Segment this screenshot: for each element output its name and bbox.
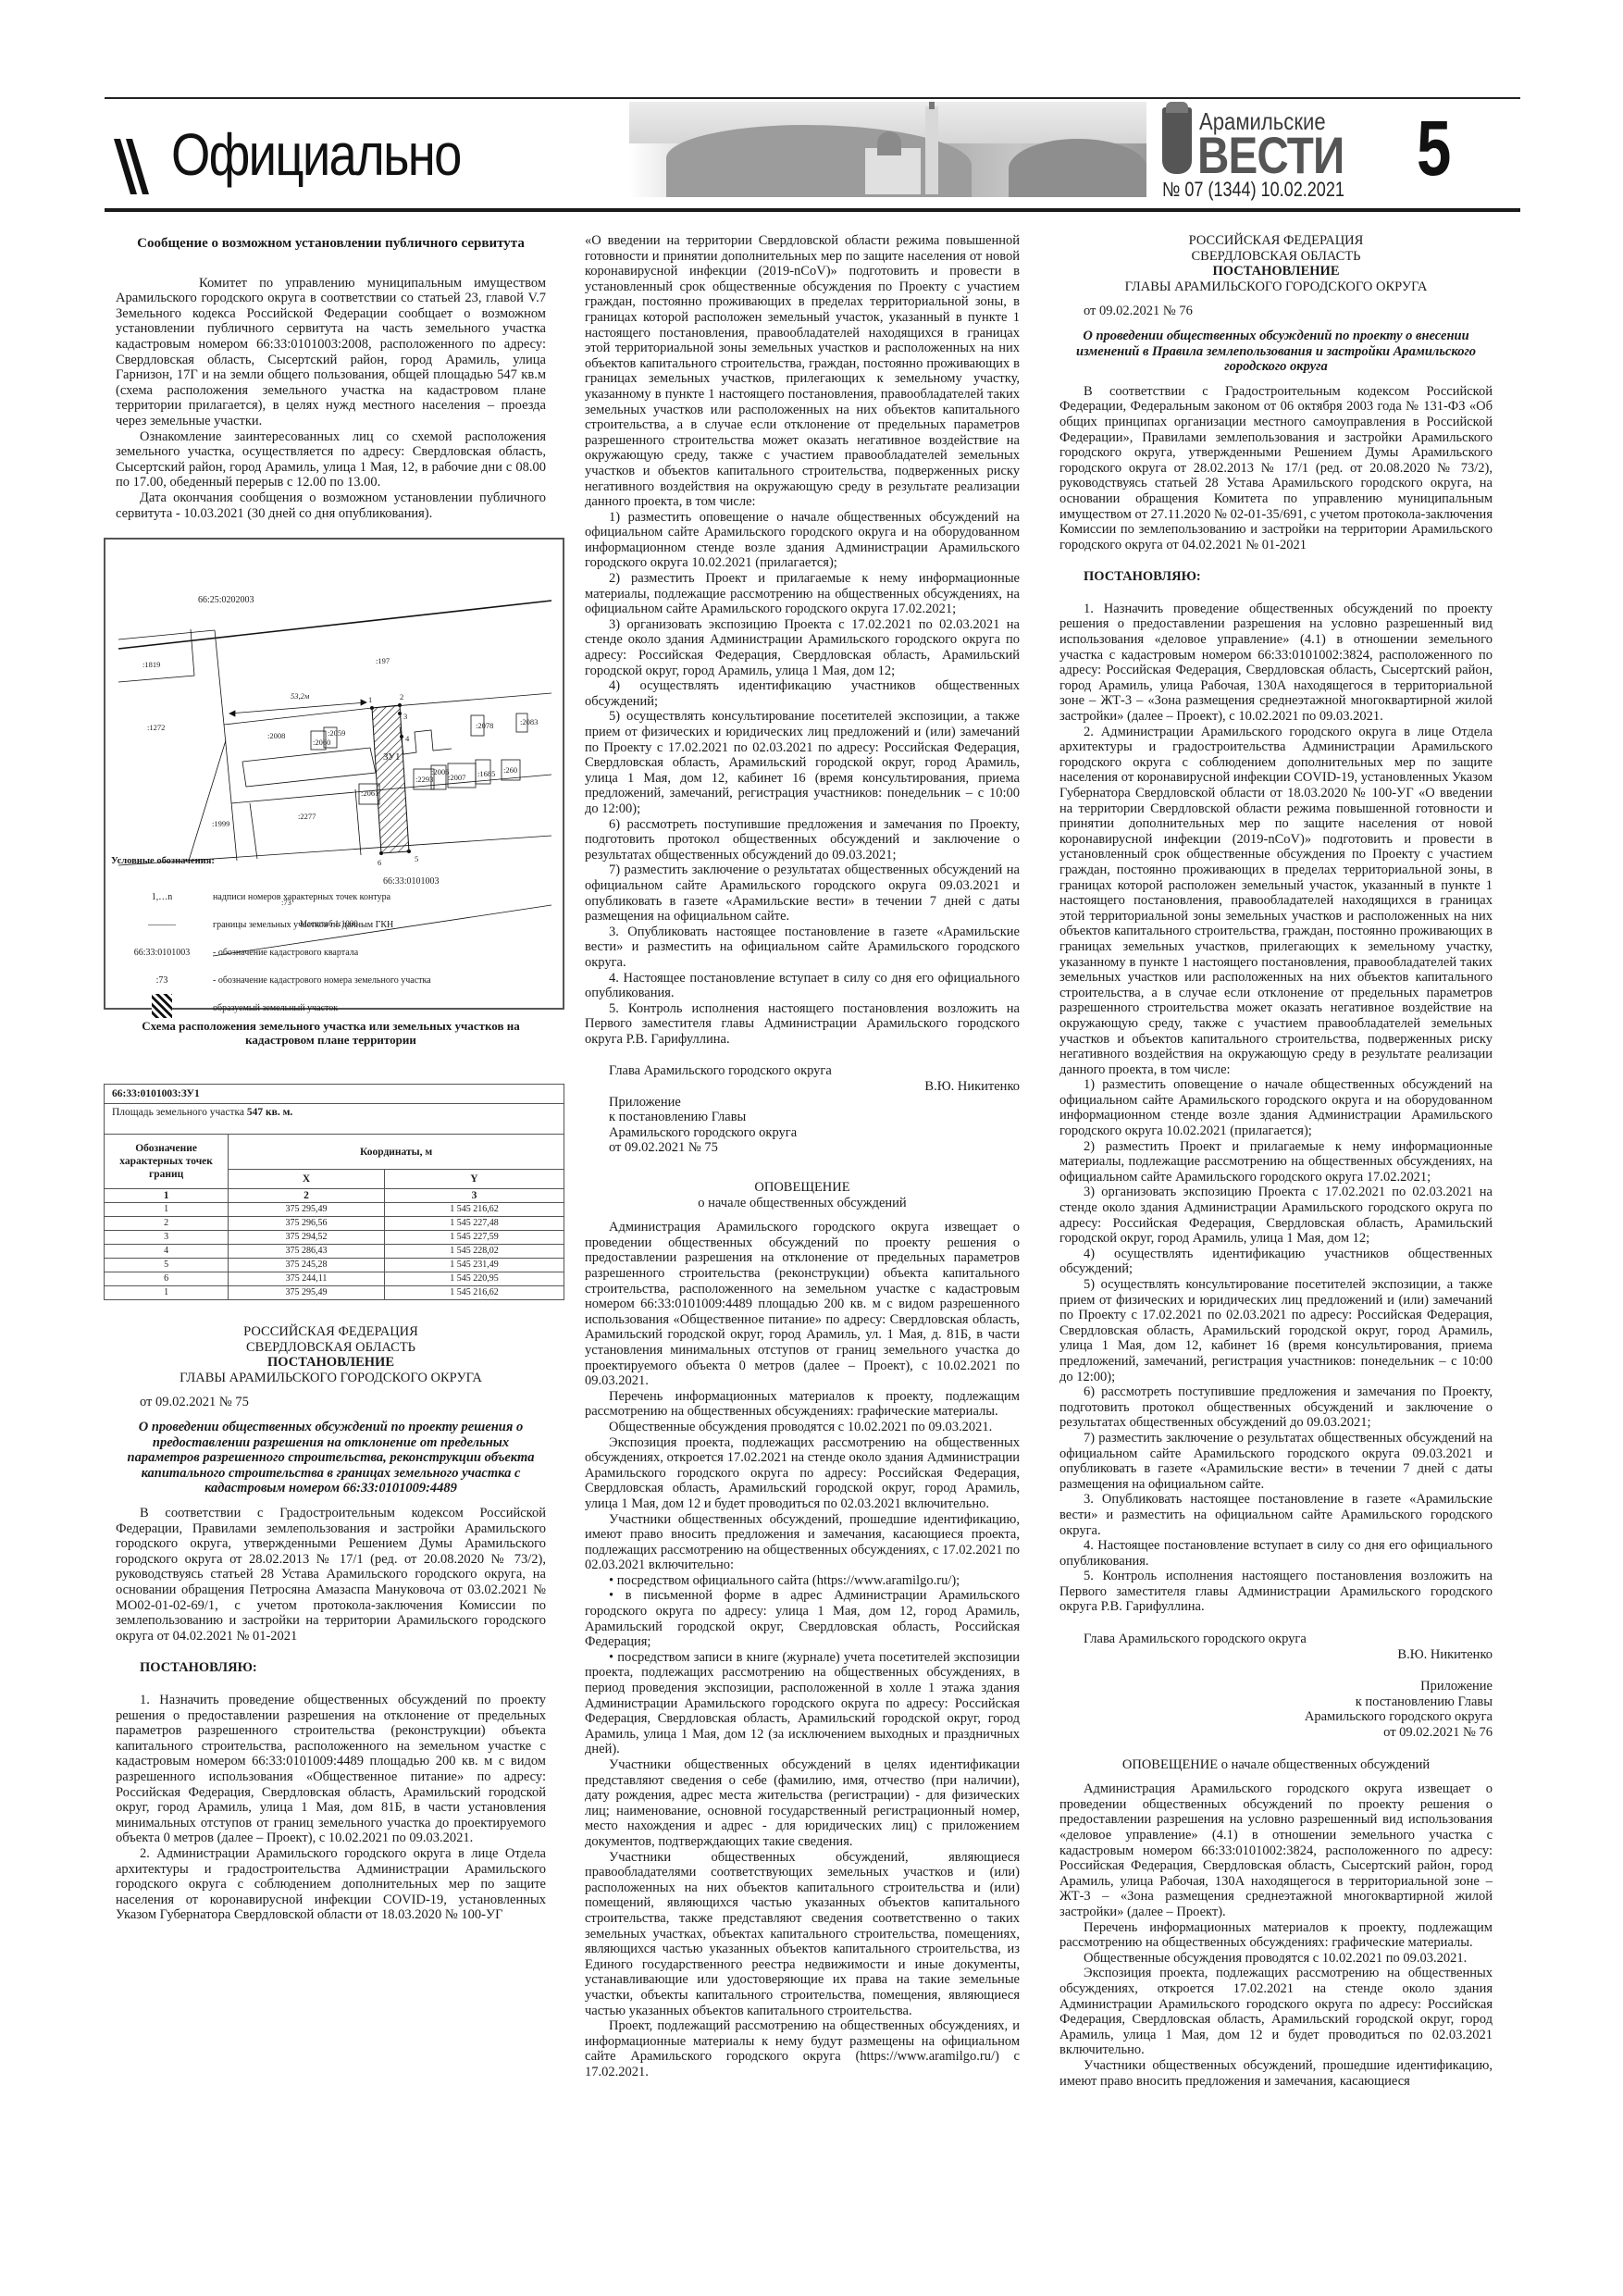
notice75-paragraph: Участники общественных обсуждений, являю… <box>585 1850 1020 2019</box>
legend-row: ———границы земельных участков по данным … <box>111 912 555 940</box>
notice75-paragraph: • посредством записи в книге (журнале) у… <box>585 1650 1020 1757</box>
svg-text::2061: :2061 <box>361 788 378 798</box>
svg-text::2059: :2059 <box>328 728 345 738</box>
table-row: 3375 294,521 545 227,59 <box>105 1231 564 1245</box>
signature-name: В.Ю. Никитенко <box>585 1079 1020 1095</box>
decree76-subitem: 3) организовать экспозицию Проекта с 17.… <box>1059 1185 1493 1246</box>
legend-row: :73- обозначение кадастрового номера зем… <box>111 968 555 996</box>
map-legend: Условные обозначения: 1,…nнадписи номеро… <box>111 854 555 1024</box>
signature-role: Глава Арамильского городского округа <box>1059 1632 1493 1647</box>
notice75-paragraph: Проект, подлежащий рассмотрению на общес… <box>585 2018 1020 2079</box>
decree76-item: 1. Назначить проведение общественных обс… <box>1059 602 1493 725</box>
masthead: Официально Арамильские ВЕСТИ № 07 (1344)… <box>105 102 1520 205</box>
notice75-paragraph: • посредством официального сайта (https:… <box>585 1573 1020 1589</box>
notice75-paragraph: Администрация Арамильского городского ок… <box>585 1220 1020 1389</box>
decree75-resolve: ПОСТАНОВЛЯЮ: <box>116 1660 546 1676</box>
legend-row: 66:33:0101003- обозначение кадастрового … <box>111 940 555 968</box>
notice75-paragraph: Общественные обсуждения проводятся с 10.… <box>585 1420 1020 1435</box>
svg-text::2078: :2078 <box>476 721 493 730</box>
svg-text::2006: :2006 <box>431 767 449 776</box>
decree76-item: 5. Контроль исполнения настоящего постан… <box>1059 1569 1493 1615</box>
decree75-preamble: В соответствии с Градостроительным кодек… <box>116 1506 546 1644</box>
svg-text:1: 1 <box>368 695 372 704</box>
decree76-subitem: 1) разместить оповещение о начале общест… <box>1059 1077 1493 1138</box>
notice76-paragraph: Перечень информационных материалов к про… <box>1059 1920 1493 1951</box>
newspaper-logo: Арамильские ВЕСТИ № 07 (1344) 10.02.2021 <box>1162 102 1403 202</box>
table-row: 1375 295,491 545 216,62 <box>105 1286 564 1300</box>
legend-text: - обозначение кадастрового квартала <box>213 946 358 962</box>
decree76-preamble: В соответствии с Градостроительным кодек… <box>1059 384 1493 553</box>
section-title: Официально <box>171 120 461 189</box>
legend-symbol: :73 <box>111 974 213 989</box>
column-1: Сообщение о возможном установлении публи… <box>116 227 546 1923</box>
legend-symbol: 1,…n <box>111 890 213 906</box>
header-top-rule <box>105 97 1520 99</box>
svg-text:4: 4 <box>405 734 410 743</box>
col-x-header: X <box>229 1170 385 1189</box>
decree76-subitem: 2) разместить Проект и прилагаемые к нем… <box>1059 1139 1493 1185</box>
svg-text::197: :197 <box>376 656 390 665</box>
table-row: 6375 244,111 545 220,95 <box>105 1272 564 1286</box>
servitude-paragraph: Дата окончания сообщения о возможном уст… <box>116 490 546 521</box>
servitude-paragraph: Ознакомление заинтересованных лиц со схе… <box>116 429 546 490</box>
notice75-paragraph: Экспозиция проекта, подлежащих рассмотре… <box>585 1435 1020 1512</box>
signature-role: Глава Арамильского городского округа <box>585 1063 1020 1079</box>
svg-text::2083: :2083 <box>520 717 538 726</box>
legend-symbol: ——— <box>111 918 213 934</box>
decree75-subitem: 4) осуществлять идентификацию участников… <box>585 678 1020 709</box>
issue-number: № 07 (1344) 10.02.2021 <box>1162 178 1344 202</box>
notice76-paragraph: Экспозиция проекта, подлежащих рассмотре… <box>1059 1966 1493 2058</box>
svg-text::260: :260 <box>503 765 517 775</box>
col-number: 1 <box>105 1189 229 1203</box>
decree75-subitem: 1) разместить оповещение о начале общест… <box>585 510 1020 571</box>
col-coords-header: Координаты, м <box>229 1135 564 1170</box>
decree76-item: 4. Настоящее постановление вступает в си… <box>1059 1538 1493 1569</box>
legend-text: границы земельных участков по данным ГКН <box>213 918 393 934</box>
col-number: 3 <box>384 1189 564 1203</box>
column-3: РОССИЙСКАЯ ФЕДЕРАЦИЯ СВЕРДЛОВСКАЯ ОБЛАСТ… <box>1059 233 1493 2089</box>
decree75-subitem: 2) разместить Проект и прилагаемые к нем… <box>585 571 1020 617</box>
svg-text:53,2м: 53,2м <box>291 691 310 701</box>
cadastral-map: 66:25:0202003 66:33:0101003 :1819 :197 :… <box>104 538 564 1010</box>
notice75-paragraph: Участники общественных обсуждений в целя… <box>585 1757 1020 1850</box>
col-point-header: Обозначение характерных точек границ <box>105 1135 229 1189</box>
decree76-subitem: 7) разместить заключение о результатах о… <box>1059 1431 1493 1492</box>
decree75-item: 4. Настоящее постановление вступает в си… <box>585 971 1020 1001</box>
page-number: 5 <box>1417 102 1451 195</box>
decree75-header: РОССИЙСКАЯ ФЕДЕРАЦИЯ СВЕРДЛОВСКАЯ ОБЛАСТ… <box>116 1324 546 1385</box>
notice75-title: ОПОВЕЩЕНИЕ <box>585 1180 1020 1196</box>
table-row: 4375 286,431 545 228,02 <box>105 1245 564 1259</box>
decree76-subitem: 4) осуществлять идентификацию участников… <box>1059 1247 1493 1277</box>
decree75-subitem: 3) организовать экспозицию Проекта с 17.… <box>585 617 1020 678</box>
col-number: 2 <box>229 1189 385 1203</box>
decree75-subitem: 5) осуществлять консультирование посетит… <box>585 709 1020 816</box>
decree76-date: от 09.02.2021 № 76 <box>1059 304 1493 319</box>
appendix: Приложение к постановлению Главы Арамиль… <box>585 1095 1020 1156</box>
coordinates-table: 66:33:0101003:ЗУ1 Площадь земельного уча… <box>104 1084 564 1300</box>
signature-name: В.Ю. Никитенко <box>1059 1647 1493 1663</box>
table-area: Площадь земельного участка 547 кв. м. <box>105 1104 564 1135</box>
servitude-paragraph: Комитет по управлению муниципальным имущ… <box>116 276 546 429</box>
svg-text::1819: :1819 <box>142 660 160 669</box>
svg-text::2007: :2007 <box>448 773 465 782</box>
decree76-header: РОССИЙСКАЯ ФЕДЕРАЦИЯ СВЕРДЛОВСКАЯ ОБЛАСТ… <box>1059 233 1493 294</box>
legend-row: 1,…nнадписи номеров характерных точек ко… <box>111 885 555 912</box>
svg-text:3: 3 <box>403 712 407 721</box>
notice75-paragraph: • в письменной форме в адрес Администрац… <box>585 1588 1020 1649</box>
decree75-subitem: 7) разместить заключение о результатах о… <box>585 863 1020 924</box>
notice76-paragraph: Общественные обсуждения проводятся с 10.… <box>1059 1951 1493 1967</box>
notice75-paragraph: Перечень информационных материалов к про… <box>585 1389 1020 1420</box>
svg-text:66:25:0202003: 66:25:0202003 <box>198 595 254 605</box>
table-row: 2375 296,561 545 227,48 <box>105 1217 564 1231</box>
svg-text:ЗУ1: ЗУ1 <box>383 751 401 763</box>
legend-row: образуемый земельный участок <box>111 996 555 1024</box>
decree75-item: 2. Администрации Арамильского городского… <box>116 1846 546 1923</box>
table-row: 1375 295,491 545 216,62 <box>105 1203 564 1217</box>
svg-text::2008: :2008 <box>267 731 285 740</box>
legend-text: надписи номеров характерных точек контур… <box>213 890 390 906</box>
column-2: «О введении на территории Свердловской о… <box>585 233 1020 2079</box>
header-bottom-rule <box>105 208 1520 212</box>
svg-text::2277: :2277 <box>298 812 316 821</box>
decree75-item: 3. Опубликовать настоящее постановление … <box>585 925 1020 971</box>
notice75-subtitle: о начале общественных обсуждений <box>585 1196 1020 1211</box>
svg-text::2060: :2060 <box>313 738 330 747</box>
decree76-item: 2. Администрации Арамильского городского… <box>1059 725 1493 1078</box>
decree75-date: от 09.02.2021 № 75 <box>116 1395 546 1410</box>
decree76-subitem: 6) рассмотреть поступившие предложения и… <box>1059 1384 1493 1431</box>
svg-text::1999: :1999 <box>212 819 229 828</box>
decree75-item: 5. Контроль исполнения настоящего постан… <box>585 1001 1020 1048</box>
section-slashes-icon <box>114 139 160 194</box>
legend-text: образуемый земельный участок <box>213 1001 338 1017</box>
decree75-item: 1. Назначить проведение общественных обс… <box>116 1693 546 1846</box>
decree76-resolve: ПОСТАНОВЛЯЮ: <box>1059 569 1493 585</box>
notice76-paragraph: Администрация Арамильского городского ок… <box>1059 1781 1493 1919</box>
coat-of-arms-icon <box>1162 107 1192 174</box>
svg-text:2: 2 <box>400 692 403 701</box>
appendix: Приложение к постановлению Главы Арамиль… <box>1059 1679 1493 1740</box>
notice76-title: ОПОВЕЩЕНИЕ о начале общественных обсужде… <box>1059 1757 1493 1773</box>
table-parcel-id: 66:33:0101003:ЗУ1 <box>105 1085 564 1104</box>
header-photo <box>629 102 1146 197</box>
legend-text: - обозначение кадастрового номера земель… <box>213 974 431 989</box>
table-row: 5375 245,281 545 231,49 <box>105 1259 564 1272</box>
svg-text::1685: :1685 <box>477 769 495 778</box>
col-y-header: Y <box>384 1170 564 1189</box>
notice75-paragraph: Участники общественных обсуждений, проше… <box>585 1512 1020 1573</box>
decree75-subject: О проведении общественных обсуждений по … <box>116 1420 546 1496</box>
decree75-subitem: 6) рассмотреть поступившие предложения и… <box>585 817 1020 863</box>
decree75-item-cont: «О введении на территории Свердловской о… <box>585 233 1020 510</box>
decree76-subitem: 5) осуществлять консультирование посетит… <box>1059 1277 1493 1384</box>
decree76-subject: О проведении общественных обсуждений по … <box>1059 329 1493 375</box>
legend-title: Условные обозначения: <box>111 854 555 870</box>
servitude-title: Сообщение о возможном установлении публи… <box>116 236 546 252</box>
logo-main-text: ВЕСТИ <box>1197 130 1344 181</box>
decree76-item: 3. Опубликовать настоящее постановление … <box>1059 1492 1493 1538</box>
legend-symbol: 66:33:0101003 <box>111 946 213 962</box>
notice76-paragraph: Участники общественных обсуждений, проше… <box>1059 2058 1493 2089</box>
svg-text::1272: :1272 <box>147 723 165 732</box>
hatch-pattern-icon <box>111 994 213 1024</box>
